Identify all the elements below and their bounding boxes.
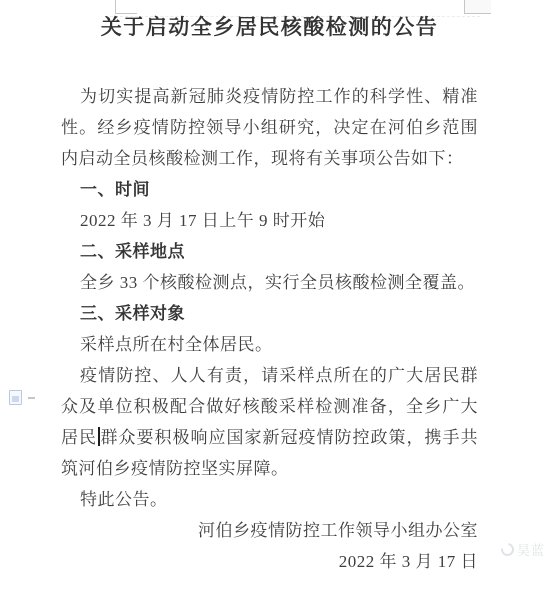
text-boundary-corner-right [464, 0, 491, 14]
text-boundary-corner-left [115, 0, 137, 14]
paste-options-icon [9, 390, 22, 405]
section1-heading: 一、时间 [61, 174, 478, 205]
section3-heading: 三、采样对象 [61, 298, 478, 329]
section2-location: 全乡 33 个核酸检测点，实行全员核酸检测全覆盖。 [61, 267, 478, 298]
signature-line: 河伯乡疫情防控工作领导小组办公室 [61, 515, 478, 546]
appeal-text-after-cursor: 群众要积极响应国家新冠疫情防控政策，携手共筑河伯乡疫情防控坚实屏障。 [61, 428, 478, 478]
section3-target: 采样点所在村全体居民。 [61, 329, 478, 360]
document-page: 关于启动全乡居民核酸检测的公告 为切实提高新冠肺炎疫情防控工作的科学性、精准性。… [0, 0, 554, 593]
section1-time: 2022 年 3 月 17 日上午 9 时开始 [61, 205, 478, 236]
text-boundary-line [110, 16, 480, 17]
watermark-logo-icon [498, 540, 516, 558]
paste-options-button[interactable] [9, 390, 39, 406]
document-body: 为切实提高新冠肺炎疫情防控工作的科学性、精准性。经乡疫情防控领导小组研究，决定在… [61, 81, 478, 577]
intro-paragraph: 为切实提高新冠肺炎疫情防控工作的科学性、精准性。经乡疫情防控领导小组研究，决定在… [61, 81, 478, 174]
watermark-text: 昊蓝 [517, 540, 545, 559]
paste-options-icon-fill [12, 396, 19, 402]
date-line: 2022 年 3 月 17 日 [61, 546, 478, 577]
appeal-paragraph: 疫情防控、人人有责，请采样点所在的广大居民群众及单位积极配合做好核酸采样检测准备… [61, 360, 478, 484]
closing-line: 特此公告。 [61, 484, 478, 515]
section2-heading: 二、采样地点 [61, 236, 478, 267]
watermark: 昊蓝 [501, 540, 545, 559]
paste-options-dropdown-dash-icon [28, 397, 35, 399]
